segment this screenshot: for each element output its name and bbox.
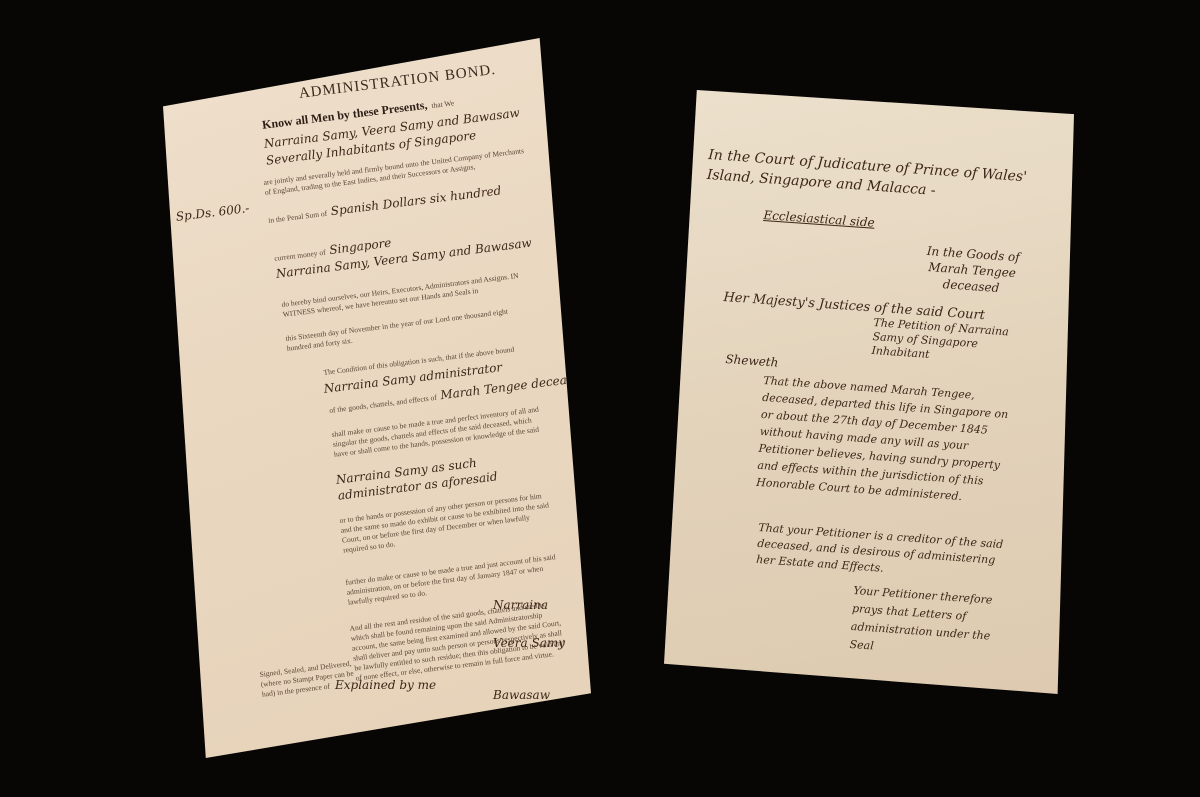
penal-sum-handwriting: Spanish Dollars six hundred bbox=[330, 183, 502, 218]
exhibit-text: or to the hands or possession of any oth… bbox=[339, 490, 554, 556]
goods-of-heading: In the Goods of Marah Tengee deceased bbox=[911, 242, 1034, 298]
paragraph-3: Your Petitioner therefore prays that Let… bbox=[849, 582, 1004, 664]
court-heading: In the Court of Judicature of Prince of … bbox=[706, 145, 1048, 209]
penal-sum-prefix: in the Penal Sum of bbox=[268, 209, 328, 225]
paragraph-1: That the above named Marah Tengee, decea… bbox=[756, 372, 1024, 509]
margin-note: Sp.Ds. 600.- bbox=[175, 201, 250, 224]
bond-title: ADMINISTRATION BOND. bbox=[298, 62, 497, 103]
ecclesiastical-side: Ecclesiastical side bbox=[763, 208, 875, 230]
signature-veera-samy: Veera Samy bbox=[493, 636, 565, 650]
sheweth: Sheweth bbox=[725, 352, 779, 370]
wax-seal-2 bbox=[595, 612, 617, 634]
wax-seal-1 bbox=[588, 576, 610, 598]
administration-bond-document: ADMINISTRATION BOND. Know all Men by the… bbox=[163, 38, 591, 758]
signature-bawasaw: Bawasaw bbox=[493, 688, 550, 702]
opening-tail: that We bbox=[431, 98, 455, 110]
wax-seal-3 bbox=[599, 650, 621, 672]
petition-of: The Petition of Narraina Samy of Singapo… bbox=[871, 316, 1034, 369]
goods-text: of the goods, chattels, and effects of bbox=[329, 393, 437, 415]
signature-narraina: Narraina bbox=[493, 598, 548, 612]
paragraph-2: That your Petitioner is a creditor of th… bbox=[756, 520, 1009, 585]
witness-note: Explained by me bbox=[335, 678, 436, 692]
address-line: Her Majesty's Justices of the said Court bbox=[723, 290, 985, 323]
court-petition-document: In the Court of Judicature of Prince of … bbox=[664, 90, 1074, 694]
